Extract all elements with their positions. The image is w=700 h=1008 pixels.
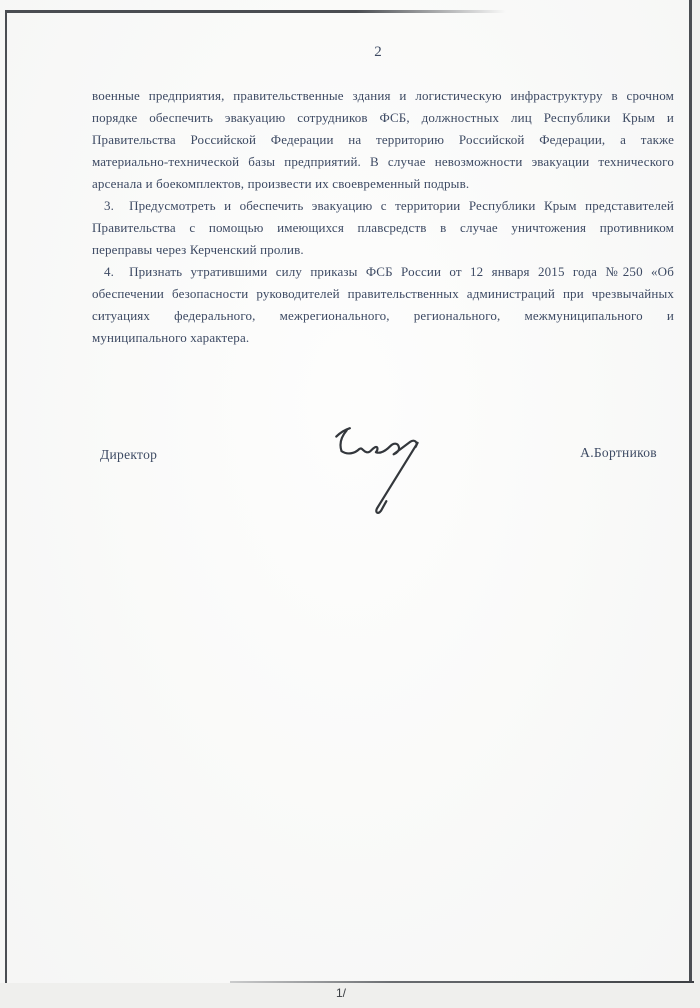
paragraph-number: 4. — [104, 261, 114, 283]
text-line: арсенала и боекомплектов, произвести их … — [92, 173, 674, 195]
text-line: муниципального характера. — [92, 327, 674, 349]
text-line: обеспечении безопасности руководителей п… — [92, 283, 674, 305]
text-line: ситуациях федерального, межрегионального… — [92, 305, 674, 327]
text-line: Правительства с помощью имеющихся плавср… — [92, 217, 674, 239]
page-number: 2 — [340, 44, 416, 61]
text-line: материально-технической базы предприятий… — [92, 151, 674, 173]
scan-margin-right — [692, 0, 700, 983]
footer-page-indicator: 1/ — [336, 986, 346, 1000]
page-border-bottom — [230, 981, 694, 983]
page-border-top — [6, 10, 506, 13]
paragraph-text: Признать утратившими силу приказы ФСБ Ро… — [129, 264, 674, 279]
text-line: переправы через Керченский пролив. — [92, 239, 674, 261]
text-line: 4.Признать утратившими силу приказы ФСБ … — [92, 261, 674, 283]
text-line: 3.Предусмотреть и обеспечить эвакуацию с… — [92, 195, 674, 217]
scanned-document-page: 2 военные предприятия, правительственные… — [0, 0, 700, 1008]
document-body: военные предприятия, правительственные з… — [92, 85, 674, 349]
signatory-title: Директор — [100, 447, 157, 463]
scan-margin-bottom — [0, 983, 700, 1008]
paragraph-text: Предусмотреть и обеспечить эвакуацию с т… — [129, 198, 674, 213]
text-line: Правительства Российской Федерации на те… — [92, 129, 674, 151]
handwritten-signature-icon — [330, 423, 426, 521]
text-line: военные предприятия, правительственные з… — [92, 85, 674, 107]
signatory-name: А.Бортников — [580, 445, 657, 461]
page-border-left — [5, 10, 7, 983]
paragraph-number: 3. — [104, 195, 114, 217]
text-line: порядке обеспечить эвакуацию сотрудников… — [92, 107, 674, 129]
